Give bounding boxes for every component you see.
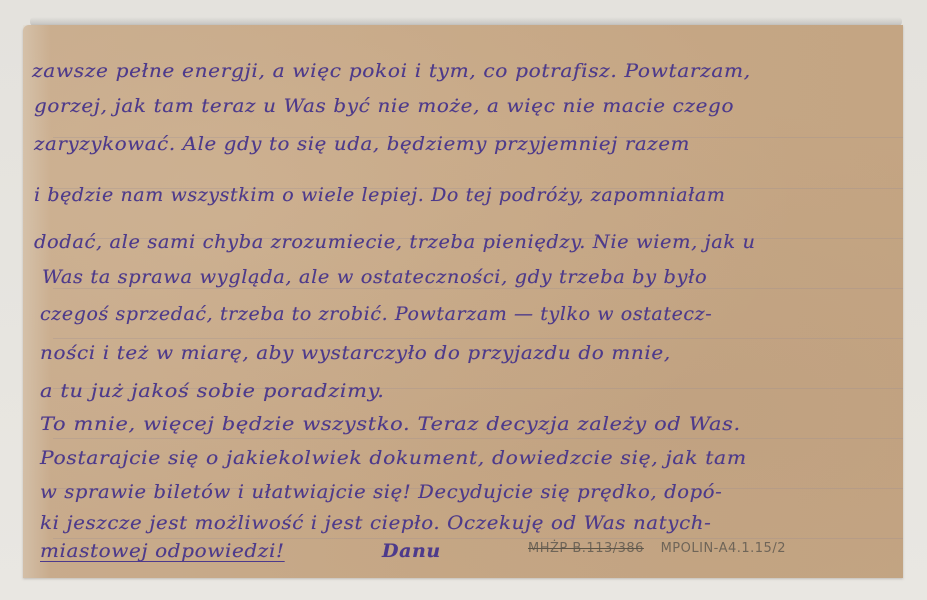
letter-line: To mnie, więcej będzie wszystko. Teraz d… [40, 413, 741, 435]
struck-archive-signature: MHŻP B.113/386 [528, 541, 644, 556]
letter-line: czegoś sprzedać, trzeba to zrobić. Powta… [40, 303, 712, 325]
ruled-line [53, 338, 903, 339]
letter-line: a tu już jakoś sobie poradzimy. [40, 380, 385, 402]
signature-fragment: Danu [382, 540, 441, 562]
letter-line: ki jeszcze jest możliwość i jest ciepło.… [40, 512, 711, 534]
archive-stamp: MHŻP B.113/386 MPOLIN-A4.1.15/2 [528, 541, 786, 556]
letter-line: Postarajcie się o jakiekolwiek dokument,… [40, 447, 747, 469]
ruled-line [53, 288, 903, 289]
letter-line: ności i też w miarę, aby wystarczyło do … [40, 342, 671, 364]
letter-line: zaryzykować. Ale gdy to się uda, będziem… [34, 133, 690, 155]
ruled-line [53, 438, 903, 439]
letter-line: zawsze pełne energji, a więc pokoi i tym… [32, 60, 751, 82]
letter-line: w sprawie biletów i ułatwiajcie się! Dec… [40, 481, 722, 503]
archive-signature: MPOLIN-A4.1.15/2 [661, 541, 786, 556]
letter-line: Was ta sprawa wygląda, ale w ostatecznoś… [42, 266, 707, 288]
ruled-line [53, 538, 903, 539]
letter-line: i będzie nam wszystkim o wiele lepiej. D… [34, 184, 725, 206]
letter-line: dodać, ale sami chyba zrozumiecie, trzeb… [34, 231, 756, 253]
letter-line: gorzej, jak tam teraz u Was być nie może… [34, 95, 734, 117]
letter-line-last: miastowej odpowiedzi! [40, 540, 285, 562]
